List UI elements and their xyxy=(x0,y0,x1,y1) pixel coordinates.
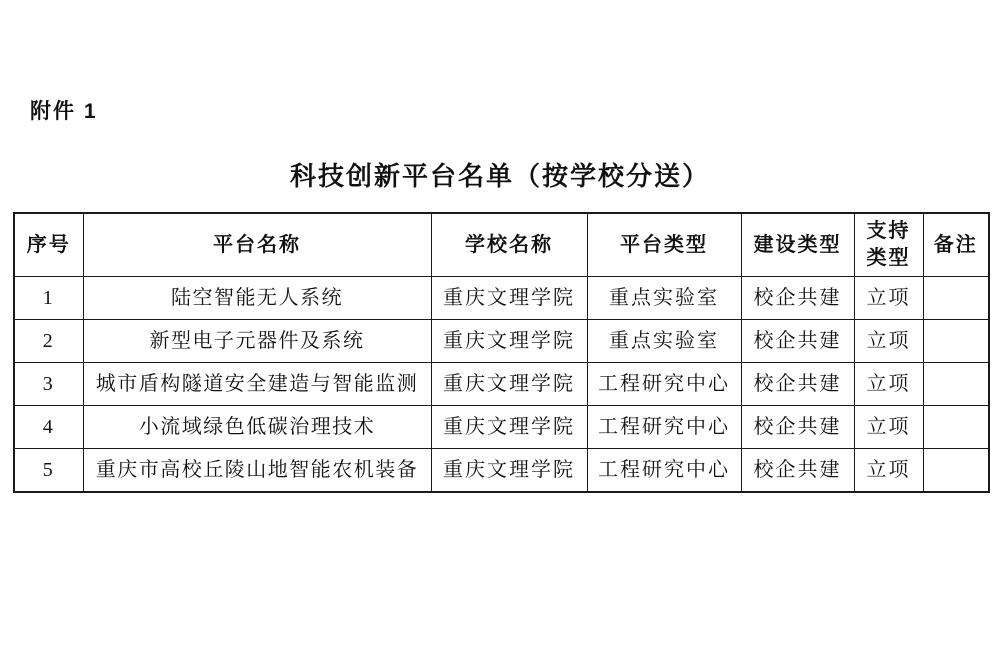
table-row: 2新型电子元器件及系统重庆文理学院重点实验室校企共建立项 xyxy=(14,320,989,363)
column-header-remarks: 备注 xyxy=(923,213,989,277)
cell-index: 5 xyxy=(14,449,83,493)
cell-support_type: 立项 xyxy=(854,363,923,406)
table-row: 3城市盾构隧道安全建造与智能监测重庆文理学院工程研究中心校企共建立项 xyxy=(14,363,989,406)
cell-platform_name: 陆空智能无人系统 xyxy=(83,277,431,320)
attachment-label: 附件 1 xyxy=(30,95,98,125)
cell-construction_type: 校企共建 xyxy=(741,363,854,406)
cell-school_name: 重庆文理学院 xyxy=(431,363,587,406)
column-header-school_name: 学校名称 xyxy=(431,213,587,277)
cell-index: 4 xyxy=(14,406,83,449)
cell-school_name: 重庆文理学院 xyxy=(431,320,587,363)
cell-platform_type: 重点实验室 xyxy=(587,320,741,363)
cell-remarks xyxy=(923,277,989,320)
table-body: 1陆空智能无人系统重庆文理学院重点实验室校企共建立项2新型电子元器件及系统重庆文… xyxy=(14,277,989,493)
cell-platform_type: 工程研究中心 xyxy=(587,449,741,493)
cell-platform_name: 新型电子元器件及系统 xyxy=(83,320,431,363)
cell-platform_name: 重庆市高校丘陵山地智能农机装备 xyxy=(83,449,431,493)
cell-platform_type: 工程研究中心 xyxy=(587,406,741,449)
document-page: 附件 1 科技创新平台名单（按学校分送） 序号平台名称学校名称平台类型建设类型支… xyxy=(0,0,1000,667)
cell-school_name: 重庆文理学院 xyxy=(431,277,587,320)
table-header: 序号平台名称学校名称平台类型建设类型支持类型备注 xyxy=(14,213,989,277)
cell-index: 1 xyxy=(14,277,83,320)
cell-support_type: 立项 xyxy=(854,406,923,449)
cell-platform_name: 小流域绿色低碳治理技术 xyxy=(83,406,431,449)
column-header-construction_type: 建设类型 xyxy=(741,213,854,277)
platform-table: 序号平台名称学校名称平台类型建设类型支持类型备注 1陆空智能无人系统重庆文理学院… xyxy=(13,212,990,493)
column-header-support_type: 支持类型 xyxy=(854,213,923,277)
cell-construction_type: 校企共建 xyxy=(741,320,854,363)
table-header-row: 序号平台名称学校名称平台类型建设类型支持类型备注 xyxy=(14,213,989,277)
cell-index: 3 xyxy=(14,363,83,406)
table-row: 1陆空智能无人系统重庆文理学院重点实验室校企共建立项 xyxy=(14,277,989,320)
cell-support_type: 立项 xyxy=(854,320,923,363)
column-header-index: 序号 xyxy=(14,213,83,277)
column-header-platform_name: 平台名称 xyxy=(83,213,431,277)
cell-construction_type: 校企共建 xyxy=(741,277,854,320)
page-title: 科技创新平台名单（按学校分送） xyxy=(0,156,1000,193)
cell-remarks xyxy=(923,449,989,493)
table-row: 5重庆市高校丘陵山地智能农机装备重庆文理学院工程研究中心校企共建立项 xyxy=(14,449,989,493)
cell-support_type: 立项 xyxy=(854,277,923,320)
cell-remarks xyxy=(923,320,989,363)
cell-remarks xyxy=(923,363,989,406)
cell-remarks xyxy=(923,406,989,449)
cell-index: 2 xyxy=(14,320,83,363)
cell-construction_type: 校企共建 xyxy=(741,406,854,449)
cell-school_name: 重庆文理学院 xyxy=(431,449,587,493)
cell-platform_type: 工程研究中心 xyxy=(587,363,741,406)
cell-support_type: 立项 xyxy=(854,449,923,493)
cell-construction_type: 校企共建 xyxy=(741,449,854,493)
cell-platform_type: 重点实验室 xyxy=(587,277,741,320)
cell-school_name: 重庆文理学院 xyxy=(431,406,587,449)
column-header-platform_type: 平台类型 xyxy=(587,213,741,277)
cell-platform_name: 城市盾构隧道安全建造与智能监测 xyxy=(83,363,431,406)
table-row: 4小流域绿色低碳治理技术重庆文理学院工程研究中心校企共建立项 xyxy=(14,406,989,449)
